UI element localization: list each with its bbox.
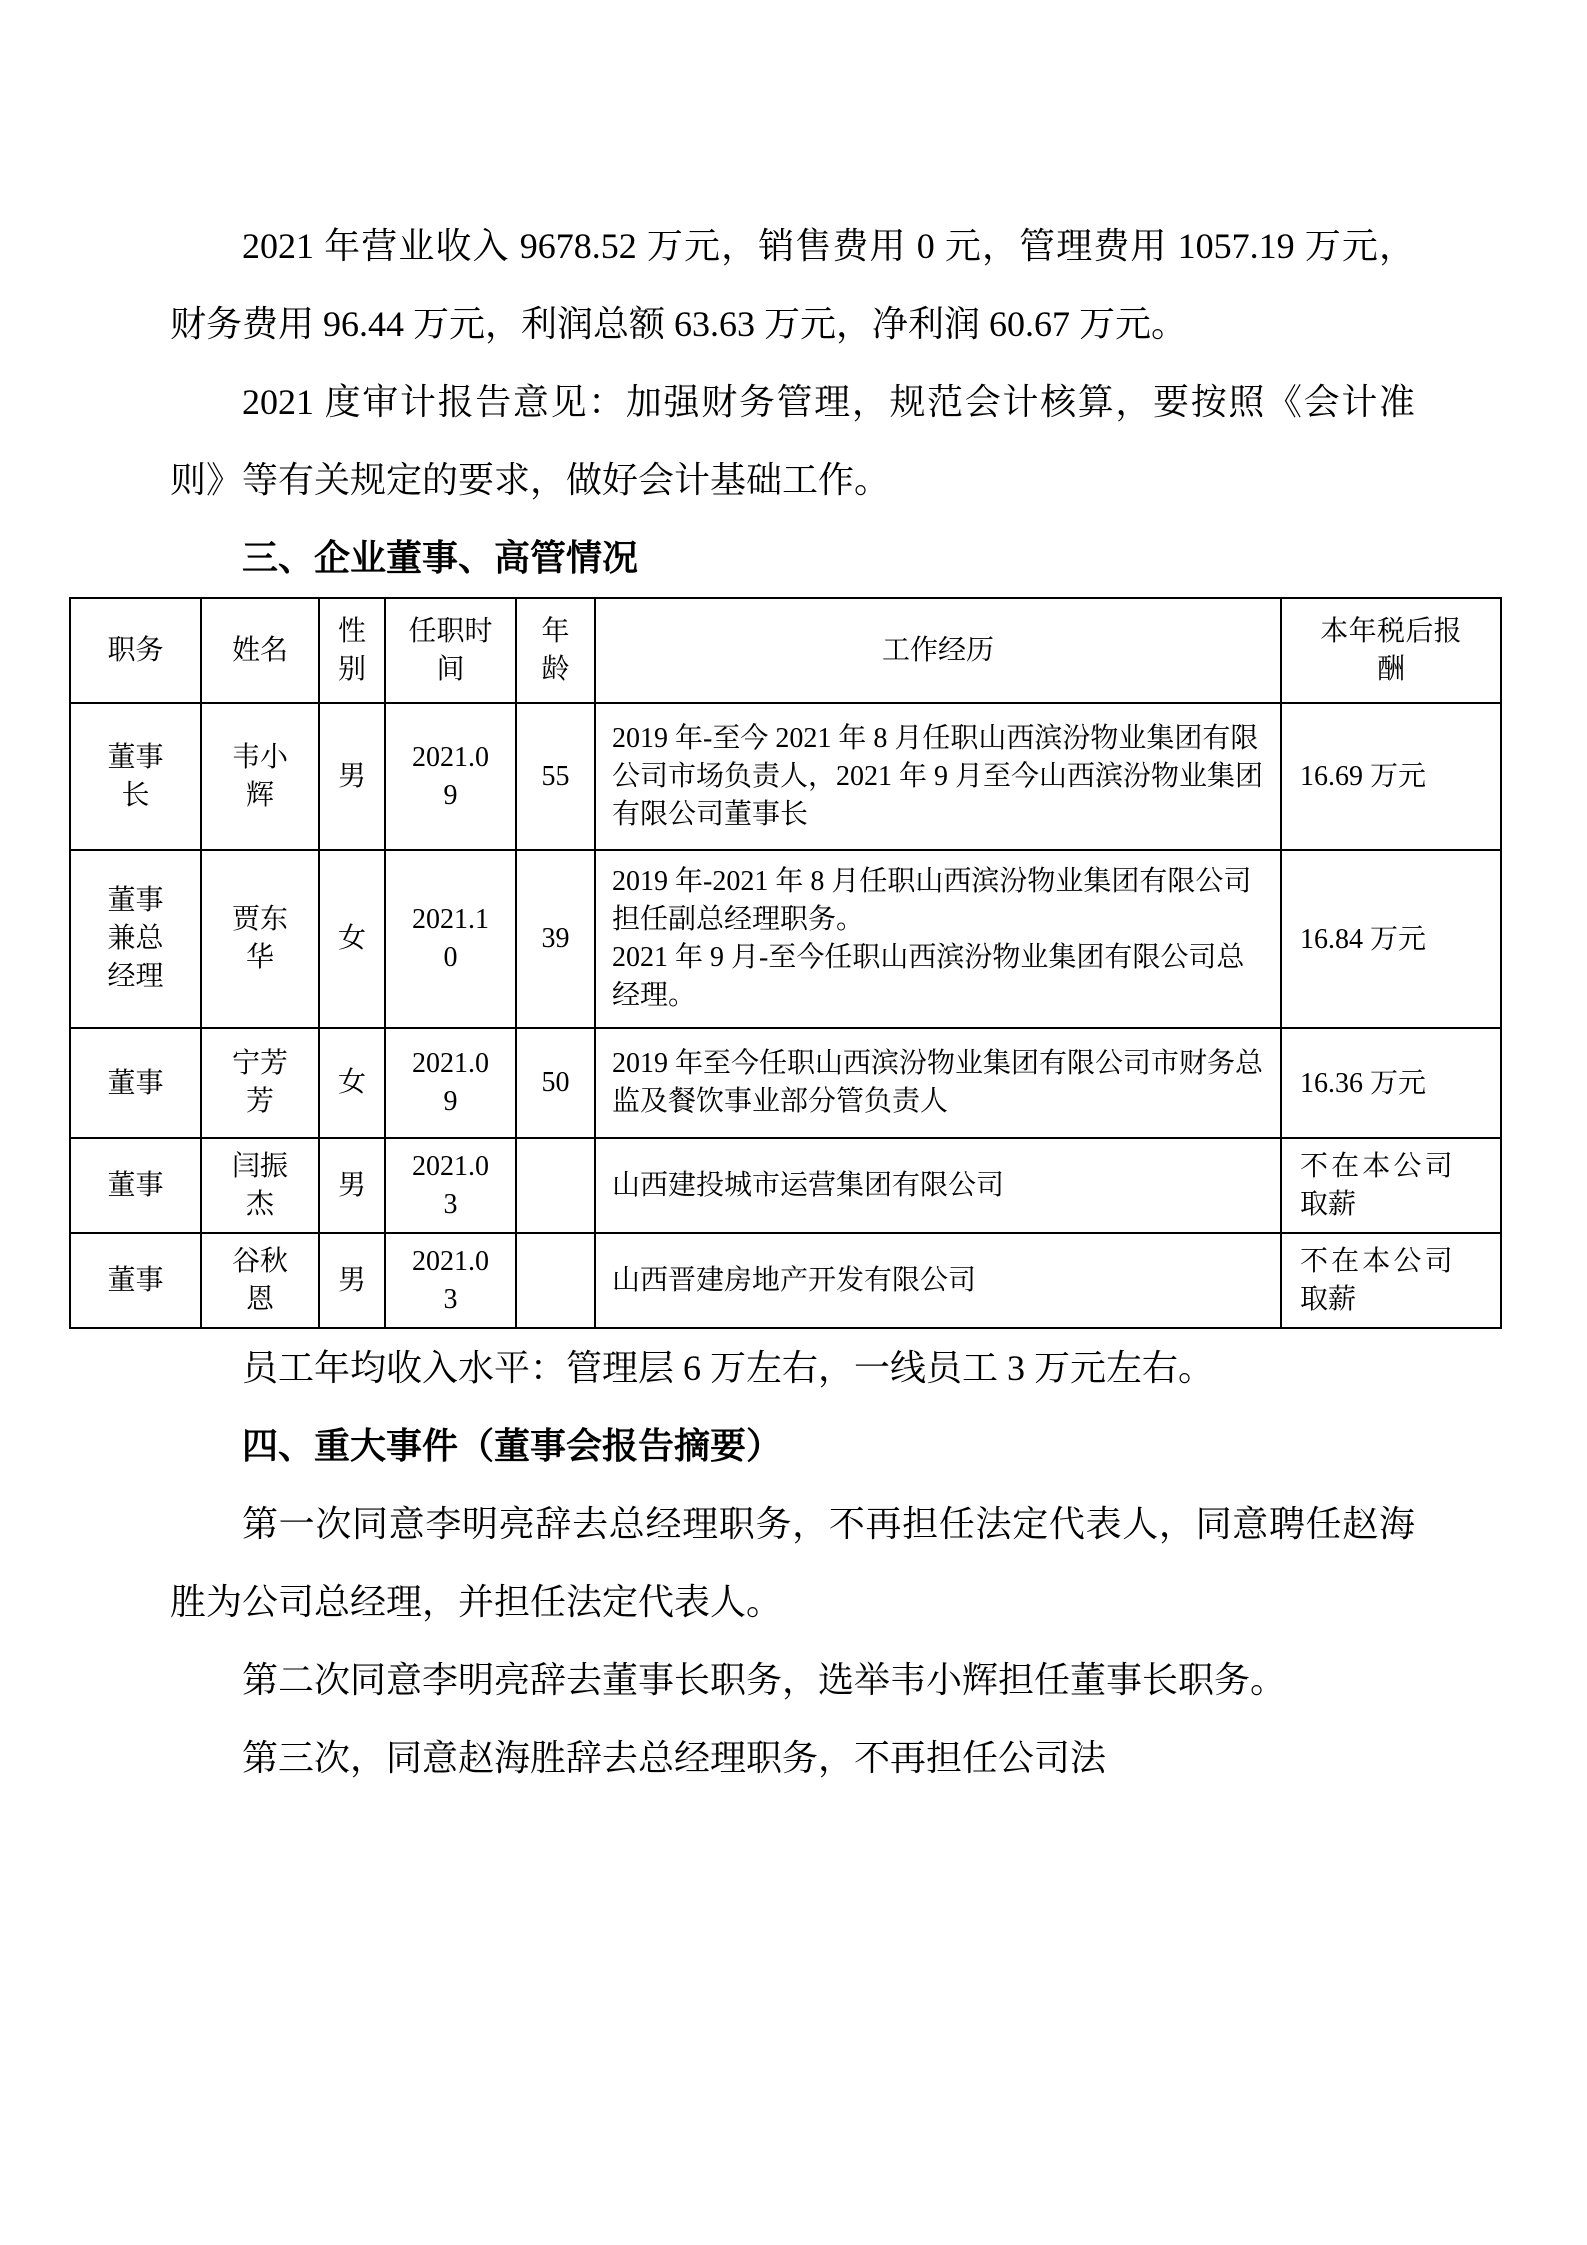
pay-text: 16.36 万元 [1300, 1065, 1426, 1103]
header-name: 姓名 [201, 598, 319, 703]
start-date-text: 2021.03 [407, 1243, 494, 1319]
cell-experience: 山西建投城市运营集团有限公司 [595, 1138, 1281, 1233]
cell-age [516, 1138, 595, 1233]
position-text: 董事 [107, 1167, 164, 1205]
cell-gender: 男 [319, 1233, 385, 1328]
header-age: 年龄 [516, 598, 595, 703]
start-date-text: 2021.09 [407, 1045, 494, 1121]
cell-gender: 女 [319, 850, 385, 1028]
paragraph-income-level: 员工年均收入水平：管理层 6 万左右，一线员工 3 万元左右。 [170, 1329, 1415, 1407]
name-text: 宁芳芳 [231, 1045, 288, 1121]
header-pay-label: 本年税后报酬 [1320, 613, 1461, 689]
table-row: 董事兼总经理 贾东华 女 2021.10 39 2019 年-2021 年 8 … [70, 850, 1501, 1028]
cell-name: 贾东华 [201, 850, 319, 1028]
position-text: 董事 [107, 1065, 164, 1103]
header-gender: 性别 [319, 598, 385, 703]
name-text: 谷秋恩 [231, 1243, 288, 1319]
pay-text: 不在本公司取薪 [1300, 1243, 1453, 1319]
cell-age: 39 [516, 850, 595, 1028]
paragraph-event-1: 第一次同意李明亮辞去总经理职务，不再担任法定代表人，同意聘任赵海胜为公司总经理，… [170, 1485, 1415, 1641]
table-row: 董事 宁芳芳 女 2021.09 50 2019 年至今任职山西滨汾物业集团有限… [70, 1028, 1501, 1138]
cell-age: 50 [516, 1028, 595, 1138]
header-position-label: 职务 [107, 632, 164, 670]
cell-gender: 女 [319, 1028, 385, 1138]
start-date-text: 2021.03 [407, 1148, 494, 1224]
paragraph-event-2: 第二次同意李明亮辞去董事长职务，选举韦小辉担任董事长职务。 [170, 1641, 1415, 1719]
cell-pay: 16.69 万元 [1281, 703, 1501, 850]
cell-gender: 男 [319, 1138, 385, 1233]
position-text: 董事兼总经理 [107, 882, 164, 996]
start-date-text: 2021.09 [407, 739, 494, 815]
pay-text: 16.69 万元 [1300, 758, 1426, 796]
table-header-row: 职务 姓名 性别 任职时间 年龄 工作经历 本年税后报酬 [70, 598, 1501, 703]
table-row: 董事 谷秋恩 男 2021.03 山西晋建房地产开发有限公司 不在本公司取薪 [70, 1233, 1501, 1328]
cell-start-date: 2021.09 [385, 703, 516, 850]
cell-name: 韦小辉 [201, 703, 319, 850]
cell-experience: 2019 年-2021 年 8 月任职山西滨汾物业集团有限公司担任副总经理职务。… [595, 850, 1281, 1028]
cell-position: 董事 [70, 1233, 201, 1328]
start-date-text: 2021.10 [407, 901, 494, 977]
header-experience-label: 工作经历 [882, 635, 994, 666]
table-row: 董事 闫振杰 男 2021.03 山西建投城市运营集团有限公司 不在本公司取薪 [70, 1138, 1501, 1233]
cell-pay: 不在本公司取薪 [1281, 1233, 1501, 1328]
name-text: 韦小辉 [231, 739, 288, 815]
cell-start-date: 2021.09 [385, 1028, 516, 1138]
cell-experience: 2019 年-至今 2021 年 8 月任职山西滨汾物业集团有限公司市场负责人，… [595, 703, 1281, 850]
header-start-date: 任职时间 [385, 598, 516, 703]
cell-pay: 16.84 万元 [1281, 850, 1501, 1028]
cell-pay: 不在本公司取薪 [1281, 1138, 1501, 1233]
cell-start-date: 2021.03 [385, 1138, 516, 1233]
cell-start-date: 2021.03 [385, 1233, 516, 1328]
cell-gender: 男 [319, 703, 385, 850]
name-text: 闫振杰 [231, 1148, 288, 1224]
table-row: 董事长 韦小辉 男 2021.09 55 2019 年-至今 2021 年 8 … [70, 703, 1501, 850]
header-position: 职务 [70, 598, 201, 703]
header-gender-label: 性别 [337, 613, 366, 689]
cell-name: 闫振杰 [201, 1138, 319, 1233]
header-name-label: 姓名 [231, 632, 288, 670]
directors-table: 职务 姓名 性别 任职时间 年龄 工作经历 本年税后报酬 董事长 韦小辉 男 2… [69, 597, 1502, 1329]
position-text: 董事 [107, 1262, 164, 1300]
header-age-label: 年龄 [541, 613, 570, 689]
cell-name: 谷秋恩 [201, 1233, 319, 1328]
cell-age: 55 [516, 703, 595, 850]
section-4-heading: 四、重大事件（董事会报告摘要） [170, 1407, 1415, 1485]
cell-start-date: 2021.10 [385, 850, 516, 1028]
paragraph-financials: 2021 年营业收入 9678.52 万元，销售费用 0 元，管理费用 1057… [170, 207, 1415, 363]
position-text: 董事长 [107, 739, 164, 815]
cell-pay: 16.36 万元 [1281, 1028, 1501, 1138]
cell-position: 董事长 [70, 703, 201, 850]
paragraph-event-3: 第三次，同意赵海胜辞去总经理职务，不再担任公司法 [170, 1719, 1415, 1797]
cell-name: 宁芳芳 [201, 1028, 319, 1138]
header-start-date-label: 任职时间 [407, 613, 494, 689]
document-content: 2021 年营业收入 9678.52 万元，销售费用 0 元，管理费用 1057… [0, 0, 1587, 1797]
cell-age [516, 1233, 595, 1328]
cell-position: 董事 [70, 1138, 201, 1233]
section-3-heading: 三、企业董事、高管情况 [170, 519, 1415, 597]
header-experience: 工作经历 [595, 598, 1281, 703]
cell-position: 董事兼总经理 [70, 850, 201, 1028]
cell-position: 董事 [70, 1028, 201, 1138]
paragraph-audit-opinion: 2021 度审计报告意见：加强财务管理，规范会计核算，要按照《会计准则》等有关规… [170, 363, 1415, 519]
pay-text: 不在本公司取薪 [1300, 1148, 1453, 1224]
header-pay: 本年税后报酬 [1281, 598, 1501, 703]
document-page: 2021 年营业收入 9678.52 万元，销售费用 0 元，管理费用 1057… [0, 0, 1587, 2245]
name-text: 贾东华 [231, 901, 288, 977]
cell-experience: 2019 年至今任职山西滨汾物业集团有限公司市财务总监及餐饮事业部分管负责人 [595, 1028, 1281, 1138]
cell-experience: 山西晋建房地产开发有限公司 [595, 1233, 1281, 1328]
pay-text: 16.84 万元 [1300, 921, 1426, 959]
